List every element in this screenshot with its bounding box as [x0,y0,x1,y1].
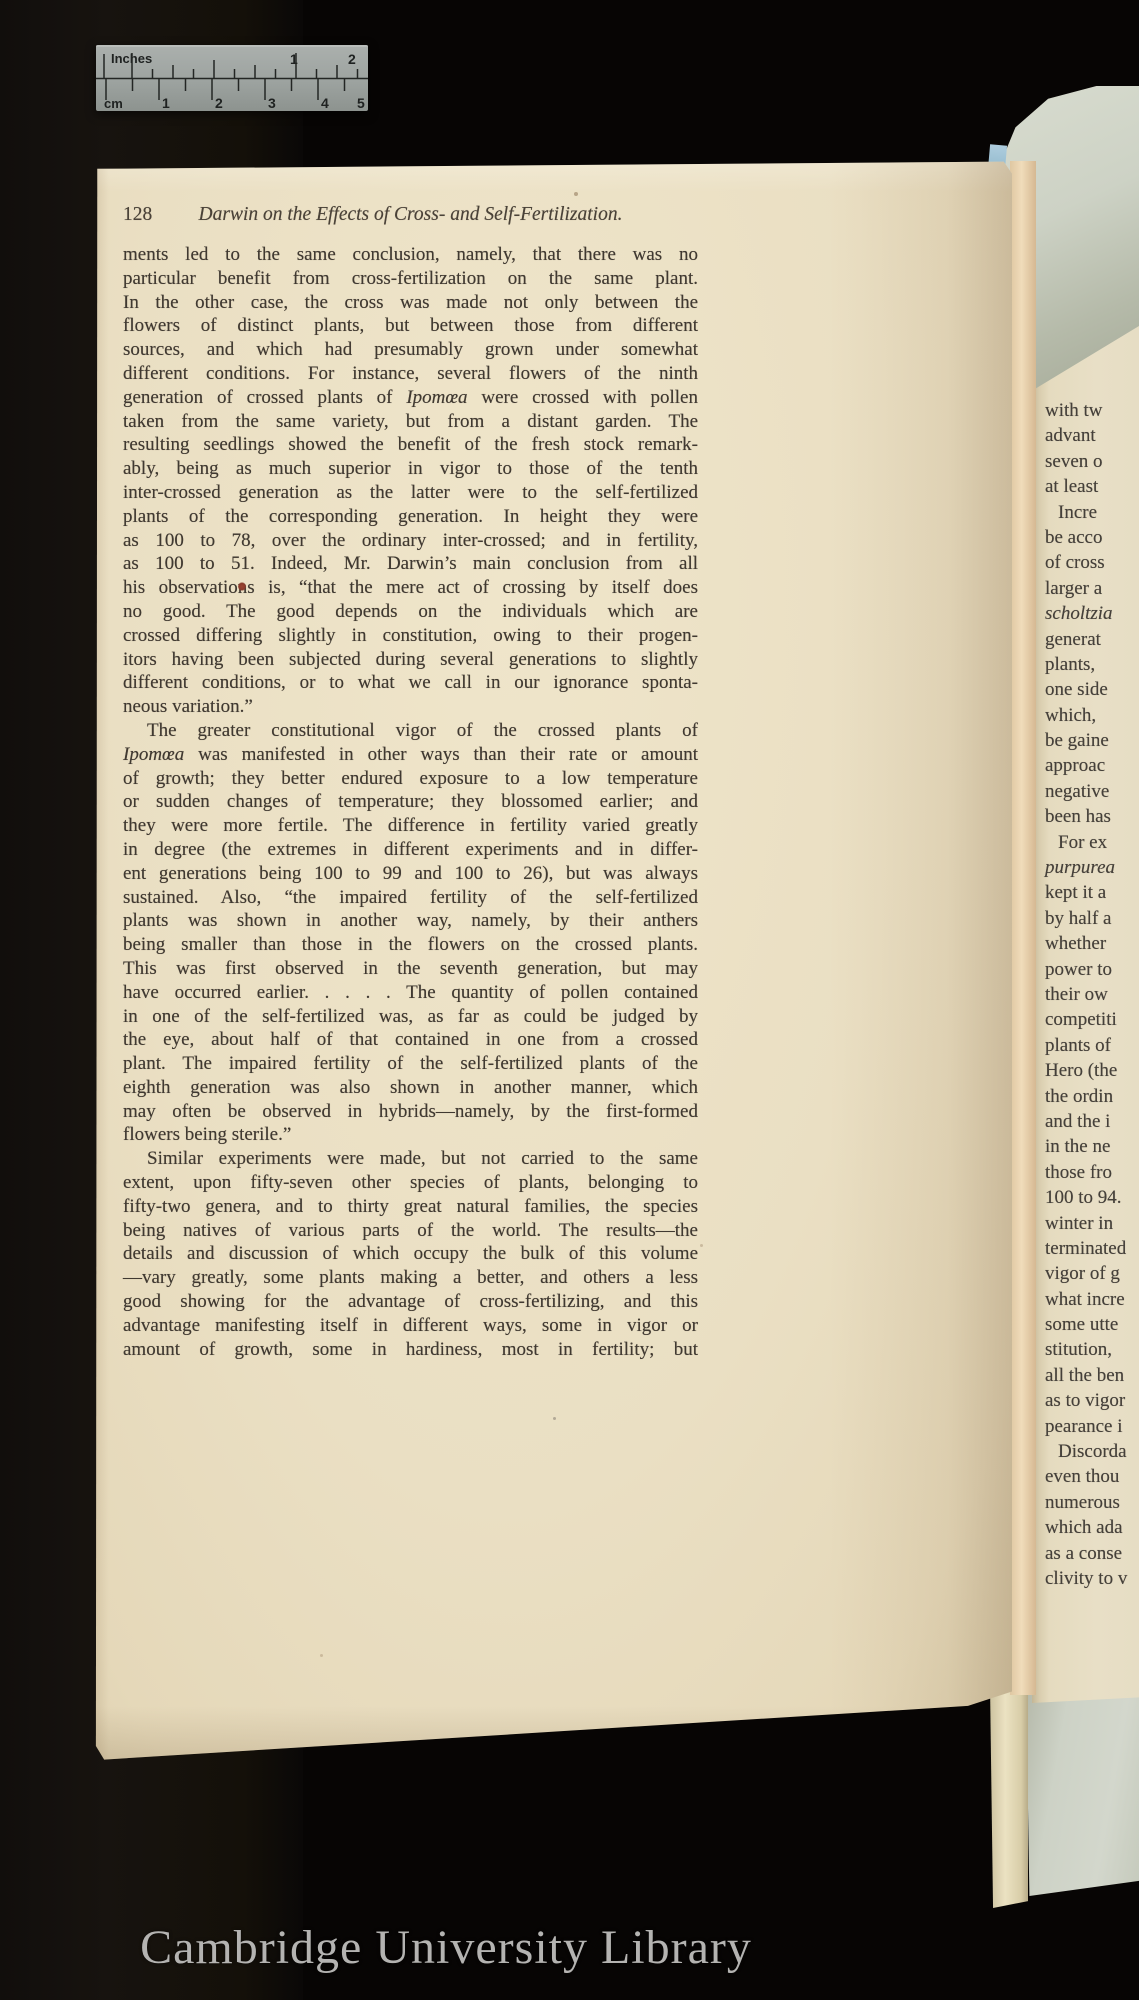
paper-speck [320,1654,323,1657]
text-line: Ipomœa was manifested in other ways than… [123,743,698,767]
text-line: have occurred earlier. . . . . The quant… [123,981,698,1005]
ruler-cm-number: 5 [357,95,365,111]
opposite-text-line: Hero (the [1045,1060,1139,1085]
opposite-page-text: with twadvantseven oat leastIncrebe acco… [1045,400,1139,1593]
opposite-text-line: competiti [1045,1009,1139,1034]
ruler-cm-number: 2 [215,95,223,111]
opposite-text-line: been has [1045,806,1139,831]
library-watermark-caption: Cambridge University Library [0,1920,892,1975]
ruler-inch-number: 1 [290,51,298,67]
text-line: as 100 to 78, over the ordinary inter-cr… [123,529,698,553]
opposite-text-line: numerous [1045,1492,1139,1517]
opposite-text-line: generat [1045,629,1139,654]
text-line: sources, and which had presumably grown … [123,338,698,362]
opposite-text-line: power to [1045,959,1139,984]
text-line: —vary greatly, some plants making a bett… [123,1266,698,1290]
text-line: in degree (the extremes in different exp… [123,838,698,862]
book-photo: { "ruler": { "inches_label": "Inches", "… [0,0,1139,2000]
opposite-text-line: whether [1045,933,1139,958]
text-line: being natives of various parts of the wo… [123,1219,698,1243]
running-title: Darwin on the Effects of Cross- and Self… [123,204,698,226]
text-line: the eye, about half of that contained in… [123,1028,698,1052]
text-line: Similar experiments were made, but not c… [123,1147,698,1171]
text-line: generation of crossed plants of Ipomœa w… [123,386,698,410]
page-body-text: ments led to the same conclusion, namely… [123,243,698,1361]
text-line: no good. The good depends on the individ… [123,600,698,624]
ruler-cm-label: cm [104,96,123,111]
text-line: itors having been subjected during sever… [123,648,698,672]
text-line: different conditions, or to what we call… [123,671,698,695]
text-line: as 100 to 51. Indeed, Mr. Darwin’s main … [123,552,698,576]
opposite-text-line: terminated [1045,1238,1139,1263]
text-line: may often be observed in hybrids—namely,… [123,1100,698,1124]
book-endpaper-bottom [1026,1680,1139,1896]
opposite-text-line: advant [1045,425,1139,450]
opposite-text-line: be acco [1045,527,1139,552]
text-line: The greater constitutional vigor of the … [123,719,698,743]
page-number: 128 [123,204,152,226]
text-line: inter-crossed generation as the latter w… [123,481,698,505]
measurement-ruler: Inches 1 2 cm 1 2 3 4 5 [96,45,368,111]
text-line: In the other case, the cross was made no… [123,291,698,315]
opposite-text-line: approac [1045,755,1139,780]
text-line: This was first observed in the seventh g… [123,957,698,981]
opposite-text-line: some utte [1045,1314,1139,1339]
opposite-text-line: be gaine [1045,730,1139,755]
opposite-text-line: even thou [1045,1466,1139,1491]
text-line: ent generations being 100 to 99 and 100 … [123,862,698,886]
text-line: crossed differing slightly in constituti… [123,624,698,648]
text-line: of growth; they better endured exposure … [123,767,698,791]
opposite-text-line: which, [1045,705,1139,730]
ruler-cm-number: 1 [162,95,170,111]
text-line: flowers of distinct plants, but between … [123,314,698,338]
opposite-text-line: plants, [1045,654,1139,679]
page-fore-edge [990,1680,1028,1908]
text-line: resulting seedlings showed the benefit o… [123,433,698,457]
opposite-text-line: those fro [1045,1162,1139,1187]
opposite-text-line: Discorda [1045,1441,1139,1466]
opposite-text-line: in the ne [1045,1136,1139,1161]
opposite-text-line: with tw [1045,400,1139,425]
text-line: extent, upon fifty-seven other species o… [123,1171,698,1195]
text-line: eighth generation was also shown in anot… [123,1076,698,1100]
text-line: taken from the same variety, but from a … [123,410,698,434]
opposite-text-line: which ada [1045,1517,1139,1542]
opposite-text-line: of cross [1045,552,1139,577]
text-line: his observations is, “that the mere act … [123,576,698,600]
opposite-text-line: Incre [1045,502,1139,527]
ruler-cm-number: 4 [321,95,329,111]
ruler-cm-number: 3 [268,95,276,111]
opposite-text-line: For ex [1045,832,1139,857]
text-line: ably, being as much superior in vigor to… [123,457,698,481]
ruler-inch-number: 2 [348,51,356,67]
opposite-text-line: clivity to v [1045,1568,1139,1593]
opposite-text-line: stitution, [1045,1339,1139,1364]
opposite-text-line: what incre [1045,1289,1139,1314]
text-line: sustained. Also, “the impaired fertility… [123,886,698,910]
dust-speck [553,1417,556,1420]
red-ink-dot [238,582,246,591]
opposite-text-line: the ordin [1045,1086,1139,1111]
text-line: plants was shown in another way, namely,… [123,909,698,933]
opposite-text-line: winter in [1045,1213,1139,1238]
opposite-text-line: kept it a [1045,882,1139,907]
text-line: fifty-two genera, and to thirty great na… [123,1195,698,1219]
text-line: good showing for the advantage of cross-… [123,1290,698,1314]
opposite-text-line: as a conse [1045,1543,1139,1568]
text-line: amount of growth, some in hardiness, mos… [123,1338,698,1362]
opposite-text-line: and the i [1045,1111,1139,1136]
text-line: plants of the corresponding generation. … [123,505,698,529]
text-line: plant. The impaired fertility of the sel… [123,1052,698,1076]
text-line: ments led to the same conclusion, namely… [123,243,698,267]
text-line: flowers being sterile.” [123,1123,698,1147]
text-line: or sudden changes of temperature; they b… [123,790,698,814]
opposite-text-line: all the ben [1045,1365,1139,1390]
opposite-text-line: 100 to 94. [1045,1187,1139,1212]
opposite-text-line: seven o [1045,451,1139,476]
opposite-text-line: negative [1045,781,1139,806]
paper-speck [574,192,578,196]
page-gutter-fold [1010,161,1036,1695]
text-line: particular benefit from cross-fertilizat… [123,267,698,291]
opposite-text-line: as to vigor [1045,1390,1139,1415]
text-line: they were more fertile. The difference i… [123,814,698,838]
opposite-text-line: vigor of g [1045,1263,1139,1288]
opposite-text-line: purpurea [1045,857,1139,882]
opposite-text-line: their ow [1045,984,1139,1009]
opposite-text-line: by half a [1045,908,1139,933]
text-line: neous variation.” [123,695,698,719]
text-line: in one of the self-fertilized was, as fa… [123,1005,698,1029]
opposite-text-line: larger a [1045,578,1139,603]
opposite-text-line: plants of [1045,1035,1139,1060]
opposite-text-line: pearance i [1045,1416,1139,1441]
text-line: details and discussion of which occupy t… [123,1242,698,1266]
text-line: being smaller than those in the flowers … [123,933,698,957]
text-line: advantage manifesting itself in differen… [123,1314,698,1338]
opposite-text-line: one side [1045,679,1139,704]
opposite-text-line: scholtzia [1045,603,1139,628]
page-header: 128 Darwin on the Effects of Cross- and … [123,204,698,230]
paper-speck [700,1244,703,1247]
text-line: different conditions. For instance, seve… [123,362,698,386]
ruler-scale-graphic: Inches 1 2 cm 1 2 3 4 5 [96,45,368,111]
opposite-text-line: at least [1045,476,1139,501]
